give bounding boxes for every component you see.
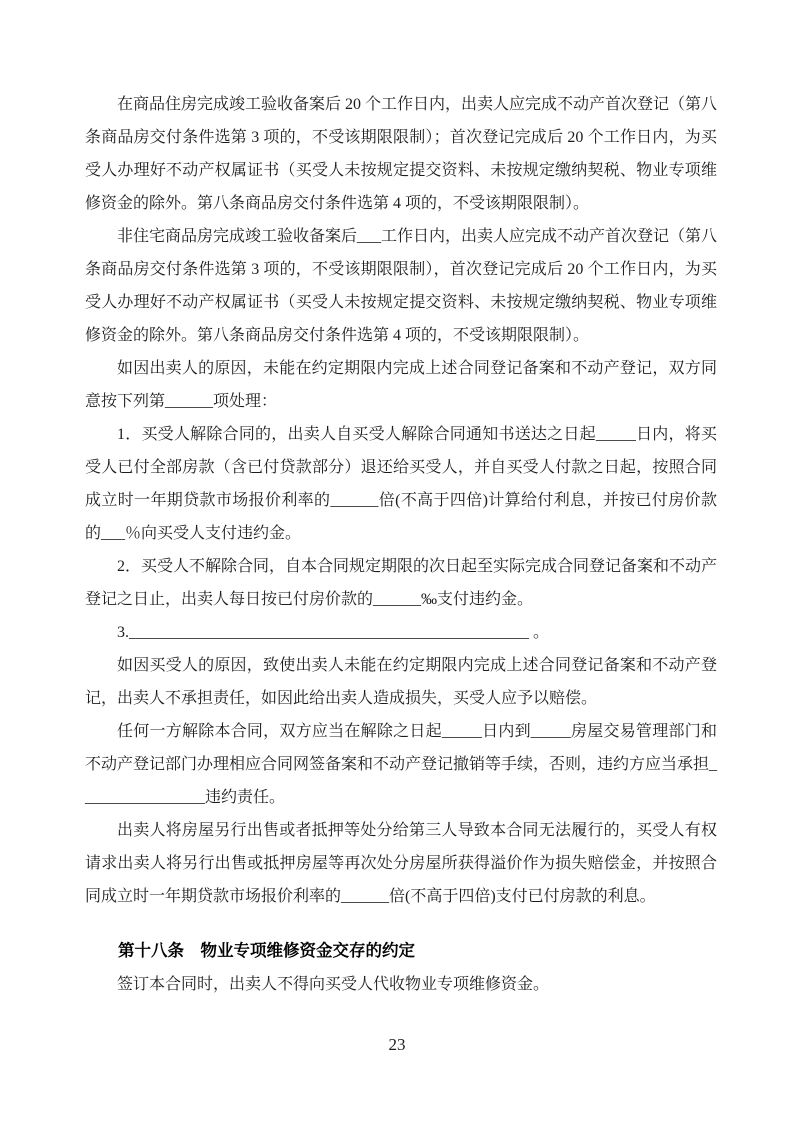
contract-body: 在商品住房完成竣工验收备案后 20 个工作日内，出卖人应完成不动产首次登记（第八… bbox=[85, 88, 717, 1001]
para-option-3-blank-line: 3.______________________________________… bbox=[85, 616, 717, 649]
para-option-1-buyer-rescind: 1．买受人解除合同的，出卖人自买受人解除合同通知书送达之日起_____日内，将买… bbox=[85, 418, 717, 550]
page-number: 23 bbox=[0, 1032, 794, 1058]
para-rescission-deregistration-procedure: 任何一方解除本合同，双方应当在解除之日起_____日内到_____房屋交易管理部… bbox=[85, 715, 717, 814]
para-buyer-cause-exemption: 如因买受人的原因，致使出卖人未能在约定期限内完成上述合同登记备案和不动产登记，出… bbox=[85, 649, 717, 715]
para-seller-delay-options-intro: 如因出卖人的原因，未能在约定期限内完成上述合同登记备案和不动产登记，双方同意按下… bbox=[85, 352, 717, 418]
para-seller-resale-mortgage-liability: 出卖人将房屋另行出售或者抵押等处分给第三人导致本合同无法履行的，买受人有权请求出… bbox=[85, 814, 717, 913]
para-option-2-buyer-not-rescind: 2．买受人不解除合同，自本合同规定期限的次日起至实际完成合同登记备案和不动产登记… bbox=[85, 550, 717, 616]
para-non-residential-first-registration: 非住宅商品房完成竣工验收备案后___工作日内，出卖人应完成不动产首次登记（第八条… bbox=[85, 220, 717, 352]
section-heading-article-18: 第十八条 物业专项维修资金交存的约定 bbox=[85, 935, 717, 968]
document-page: 在商品住房完成竣工验收备案后 20 个工作日内，出卖人应完成不动产首次登记（第八… bbox=[0, 0, 794, 1122]
para-residential-first-registration: 在商品住房完成竣工验收备案后 20 个工作日内，出卖人应完成不动产首次登记（第八… bbox=[85, 88, 717, 220]
para-article-18-body: 签订本合同时，出卖人不得向买受人代收物业专项维修资金。 bbox=[85, 968, 717, 1001]
